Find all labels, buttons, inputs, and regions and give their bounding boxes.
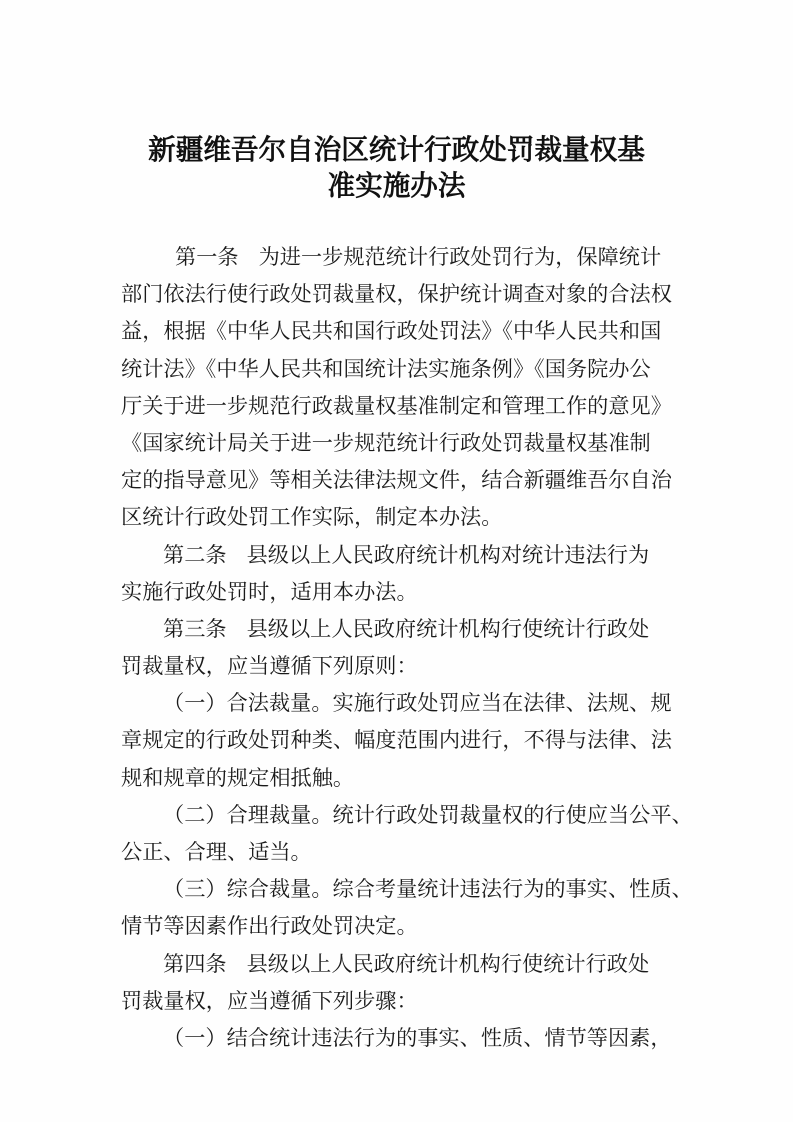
article-1: 第一条为进一步规范统计行政处罚行为，保障统计 部门依法行使行政处罚裁量权，保护统…: [121, 238, 681, 536]
article-label: 第三条: [163, 616, 227, 641]
step-1: （一）结合统计违法行为的事实、性质、情节等因素，: [121, 1019, 681, 1056]
article-text: 县级以上人民政府统计机构行使统计行政处: [247, 616, 650, 641]
item-line: 情节等因素作出行政处罚决定。: [121, 907, 681, 944]
article-text: 县级以上人民政府统计机构对统计违法行为: [247, 542, 650, 567]
article-line: 罚裁量权，应当遵循下列步骤：: [121, 982, 681, 1019]
article-line: 益，根据《中华人民共和国行政处罚法》《中华人民共和国: [121, 312, 681, 349]
article-3-line-1: 第三条县级以上人民政府统计机构行使统计行政处: [121, 610, 681, 647]
article-2: 第二条县级以上人民政府统计机构对统计违法行为 实施行政处罚时，适用本办法。: [121, 536, 681, 610]
item-line: 公正、合理、适当。: [121, 833, 681, 870]
document-page: 新疆维吾尔自治区统计行政处罚裁量权基 准实施办法 第一条为进一步规范统计行政处罚…: [0, 0, 793, 1122]
article-line: 部门依法行使行政处罚裁量权，保护统计调查对象的合法权: [121, 275, 681, 312]
article-line: 定的指导意见》等相关法律法规文件，结合新疆维吾尔自治: [121, 461, 681, 498]
article-4: 第四条县级以上人民政府统计机构行使统计行政处 罚裁量权，应当遵循下列步骤： （一…: [121, 945, 681, 1057]
item-line: （一）合法裁量。实施行政处罚应当在法律、法规、规: [121, 684, 681, 721]
article-label: 第一条: [175, 244, 239, 269]
article-line: 区统计行政处罚工作实际，制定本办法。: [121, 498, 681, 535]
article-3: 第三条县级以上人民政府统计机构行使统计行政处 罚裁量权，应当遵循下列原则： （一…: [121, 610, 681, 945]
article-line: 实施行政处罚时，适用本办法。: [121, 573, 681, 610]
principle-2: （二）合理裁量。统计行政处罚裁量权的行使应当公平、 公正、合理、适当。: [121, 796, 681, 870]
item-line: 章规定的行政处罚种类、幅度范围内进行，不得与法律、法: [121, 721, 681, 758]
item-line: （三）综合裁量。综合考量统计违法行为的事实、性质、: [121, 870, 681, 907]
title-line-1: 新疆维吾尔自治区统计行政处罚裁量权基: [0, 132, 793, 168]
document-body: 第一条为进一步规范统计行政处罚行为，保障统计 部门依法行使行政处罚裁量权，保护统…: [121, 238, 681, 1056]
article-line: 《国家统计局关于进一步规范统计行政处罚裁量权基准制: [121, 424, 681, 461]
item-line: 规和规章的规定相抵触。: [121, 759, 681, 796]
article-line: 厅关于进一步规范行政裁量权基准制定和管理工作的意见》: [121, 387, 681, 424]
document-title: 新疆维吾尔自治区统计行政处罚裁量权基 准实施办法: [0, 132, 793, 204]
article-4-line-1: 第四条县级以上人民政府统计机构行使统计行政处: [121, 945, 681, 982]
title-line-2: 准实施办法: [0, 168, 793, 204]
article-text: 县级以上人民政府统计机构行使统计行政处: [247, 951, 650, 976]
principle-3: （三）综合裁量。综合考量统计违法行为的事实、性质、 情节等因素作出行政处罚决定。: [121, 870, 681, 944]
article-label: 第四条: [163, 951, 227, 976]
article-line: 罚裁量权，应当遵循下列原则：: [121, 647, 681, 684]
article-1-line-1: 第一条为进一步规范统计行政处罚行为，保障统计: [121, 238, 681, 275]
item-line: （二）合理裁量。统计行政处罚裁量权的行使应当公平、: [121, 796, 681, 833]
article-2-line-1: 第二条县级以上人民政府统计机构对统计违法行为: [121, 536, 681, 573]
article-label: 第二条: [163, 542, 227, 567]
item-line: （一）结合统计违法行为的事实、性质、情节等因素，: [121, 1019, 681, 1056]
article-line: 统计法》《中华人民共和国统计法实施条例》《国务院办公: [121, 350, 681, 387]
principle-1: （一）合法裁量。实施行政处罚应当在法律、法规、规 章规定的行政处罚种类、幅度范围…: [121, 684, 681, 796]
article-text: 为进一步规范统计行政处罚行为，保障统计: [259, 244, 662, 269]
